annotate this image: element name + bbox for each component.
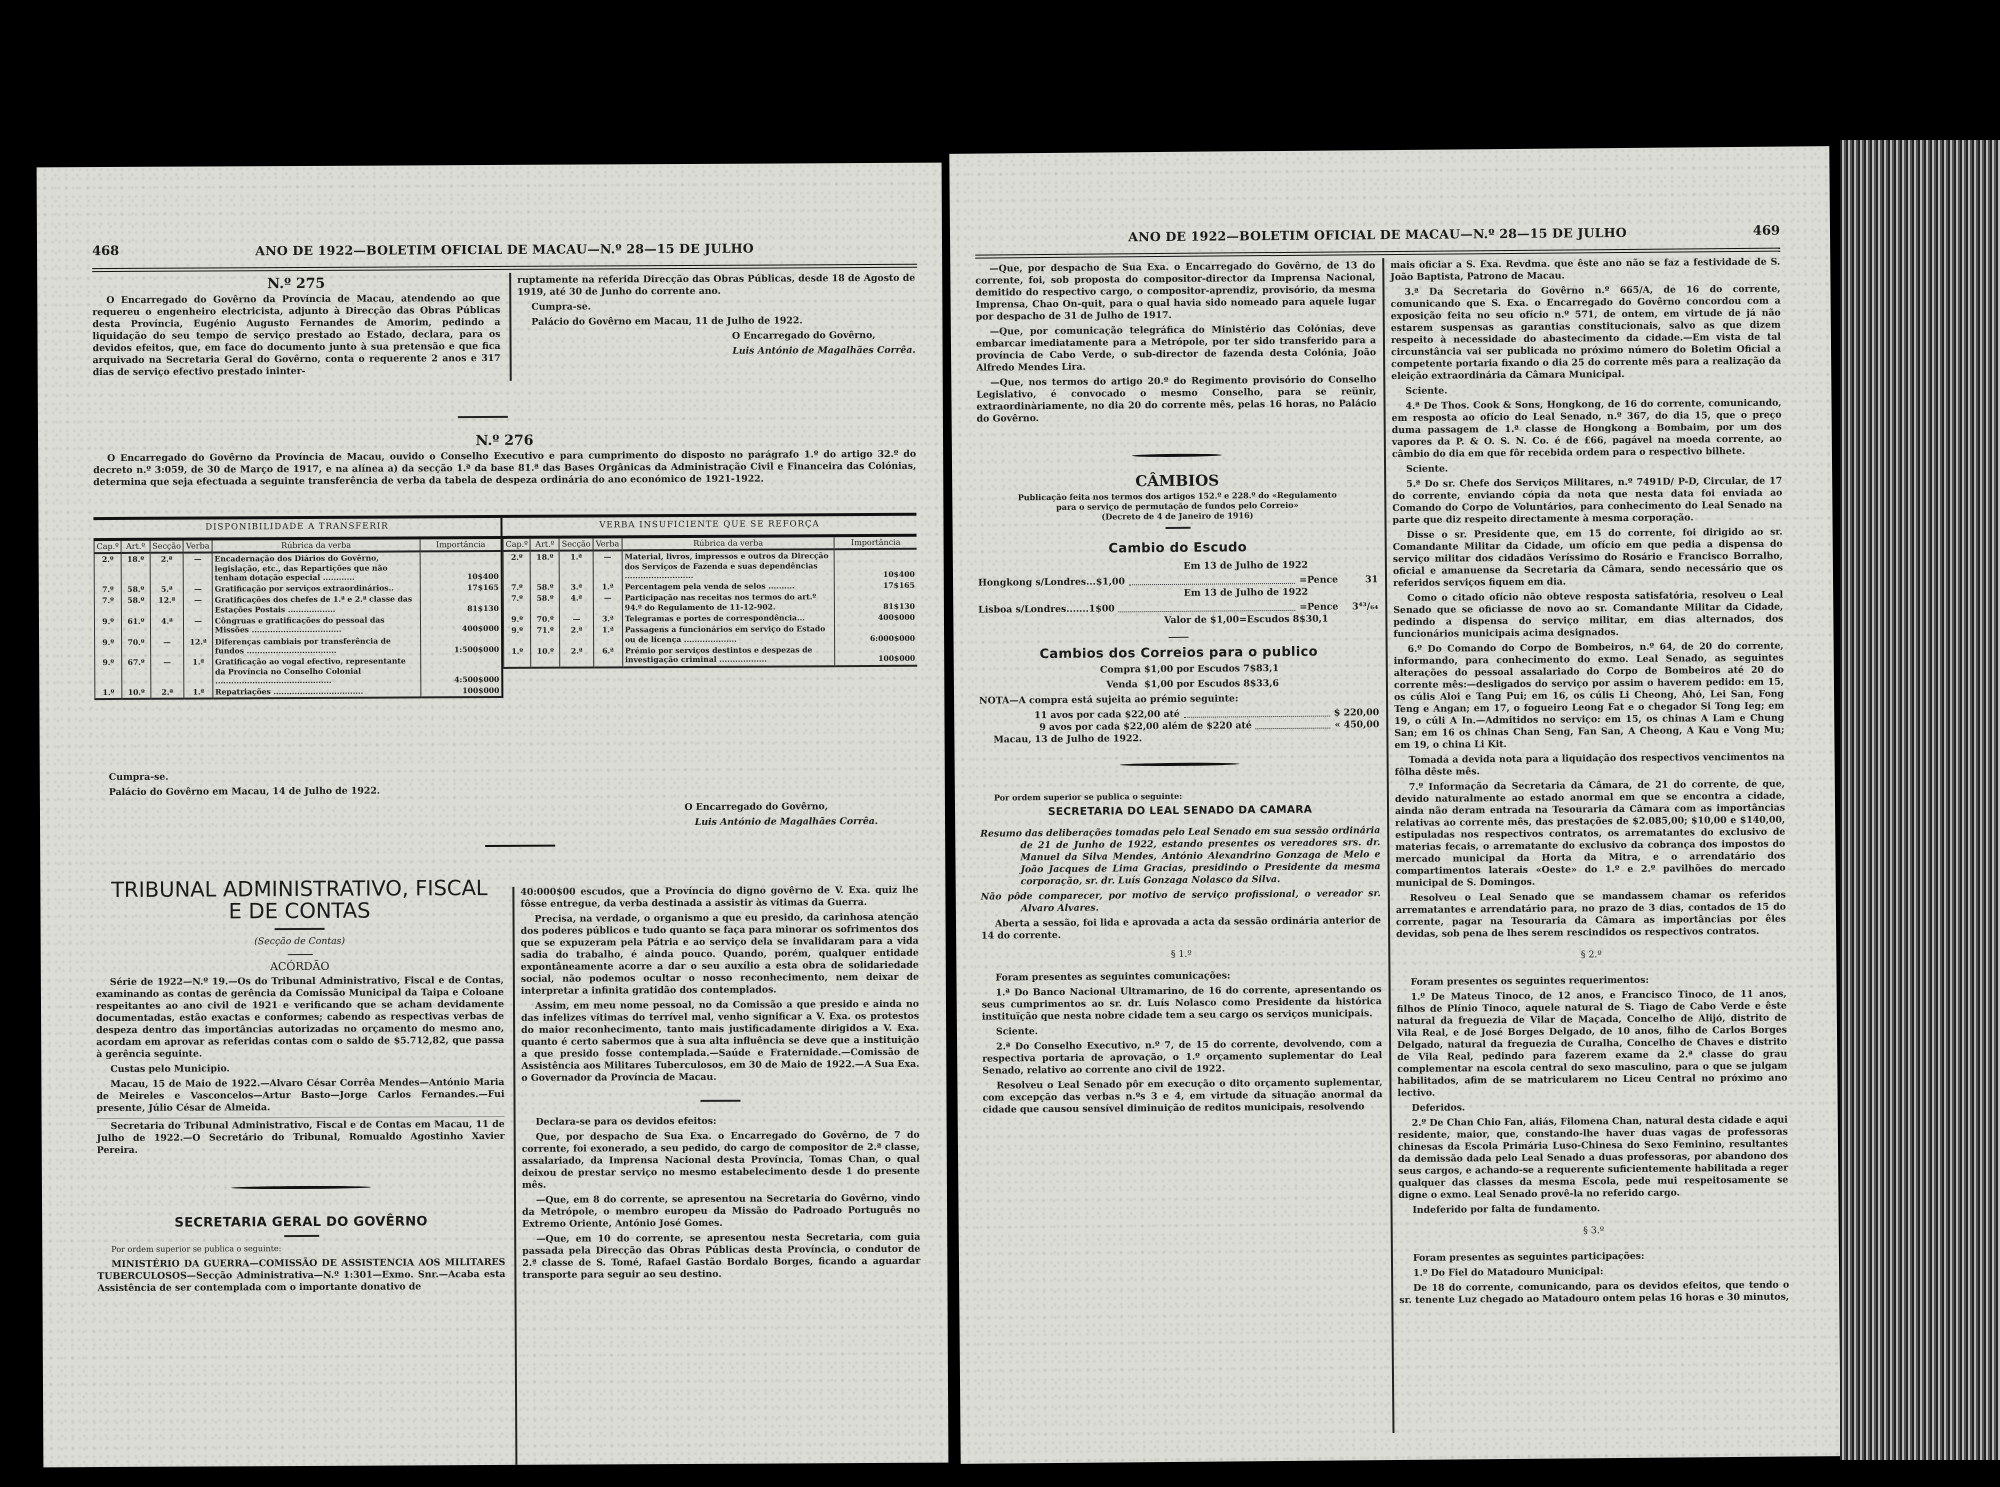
- decree-275-signer-title: O Encarregado do Govêrno,: [517, 330, 915, 344]
- table-cell: 100$000: [835, 644, 917, 666]
- table-row: 7.º58.º12.ª—Gratificações dos chefes de …: [94, 593, 501, 616]
- leal-resumo: Resumo das deliberações tomadas pelo Lea…: [980, 825, 1381, 888]
- table-cell: 70.º: [122, 636, 150, 657]
- table-cell: 1.º: [95, 687, 122, 699]
- table-row: 1.º10.º2.ª1.ªRepatriações ..............…: [95, 685, 502, 699]
- column-header: Rúbrica da verba: [622, 537, 835, 550]
- right-col2: mais oficiar a S. Exa. Revdma. que êste …: [1390, 257, 1789, 1310]
- table-cell: 18.º: [530, 551, 559, 582]
- table-verba-insuficiente: VERBA INSUFICIENTE QUE SE REFORÇA Cap.ºA…: [502, 516, 917, 699]
- s2-p2: 2.º De Chan Chio Fan, aliás, Filomena Ch…: [1398, 1115, 1789, 1202]
- decree-276-signer-name: Luis António de Magalhães Corrêa.: [95, 816, 918, 832]
- table-cell: 12.ª: [150, 595, 184, 616]
- table-cell: Côngruas e gratificações do pessoal das …: [212, 614, 420, 636]
- s1-intro: Foram presentes as seguintes comunicaçõe…: [981, 969, 1381, 984]
- column-divider: [509, 273, 512, 381]
- table-cell: 7.º: [503, 582, 530, 593]
- que-p2: —Que, por comunicação telegráfica do Min…: [976, 323, 1376, 374]
- table-disponibilidade: DISPONIBILIDADE A TRANSFERIR Cap.ºArt.ºS…: [93, 518, 503, 701]
- table-cell: 1.ª: [559, 551, 593, 582]
- leal-senado-title: SECRETARIA DO LEAL SENADO DA CAMARA: [980, 803, 1380, 818]
- table-cell: Gratificação ao vogal efectivo, represen…: [213, 656, 421, 687]
- table-cell: 5.ª: [150, 584, 184, 595]
- letter-p1: 40:000$00 escudos, que a Província do di…: [520, 885, 918, 911]
- table-cell: 2.ª: [150, 553, 184, 584]
- table-verba-grid: Cap.ºArt.ºSecçãoVerbaRúbrica da verbaImp…: [503, 537, 918, 669]
- dot-leader: [1129, 574, 1295, 584]
- col2-lower: 40:000$00 escudos, que a Província do di…: [520, 885, 920, 1285]
- table-row: 2.º18.º1.ª—Material, livros, impressos e…: [503, 549, 917, 582]
- declara-intro: Declara-se para os devidos efeitos:: [522, 1114, 920, 1128]
- table-cell: 6.ª: [594, 645, 623, 667]
- table-cell: 12.ª: [184, 636, 213, 657]
- transfer-table: DISPONIBILIDADE A TRANSFERIR Cap.ºArt.ºS…: [93, 513, 917, 701]
- header-title: ANO DE 1922—BOLETIM OFICIAL DE MACAU—N.º…: [92, 240, 917, 259]
- table-cell: —: [560, 614, 594, 625]
- s3-intro: Foram presentes as seguintes participaçõ…: [1399, 1250, 1789, 1265]
- s3-p2: De 18 do corrente, comunicando, para os …: [1399, 1280, 1789, 1307]
- table-cell: Material, livros, impressos e outros da …: [622, 550, 835, 582]
- correios-title: Cambios dos Correios para o publico: [979, 646, 1379, 661]
- page-header: 468 ANO DE 1922—BOLETIM OFICIAL DE MACAU…: [92, 238, 917, 272]
- table-caption: VERBA INSUFICIENTE QUE SE REFORÇA: [502, 516, 916, 539]
- table-cell: 2.ª: [560, 625, 594, 646]
- s1-p2: 2.ª Do Conselho Executivo, n.º 7, de 15 …: [982, 1038, 1382, 1077]
- separator: [287, 953, 312, 955]
- table-cell: 1.ª: [184, 657, 213, 687]
- separator: [284, 1235, 319, 1237]
- s1-sciente: Sciente.: [982, 1023, 1382, 1038]
- separator: [1169, 636, 1189, 638]
- leal-intro: Por ordem superior se publica o seguinte…: [980, 788, 1380, 803]
- ornamental-rule: [231, 1186, 371, 1190]
- declara-p2: —Que, em 8 do corrente, se apresentou na…: [522, 1192, 920, 1230]
- table-cell: 10$400: [420, 551, 501, 582]
- table-row: 9.º61.º4.ª—Côngruas e gratificações do p…: [94, 614, 501, 637]
- column-header: Importância: [420, 539, 500, 552]
- leal-aberta: Aberta a sessão, foi lida e aprovada a a…: [981, 915, 1381, 942]
- table-cell: Participação nas receitas nos termos do …: [622, 592, 835, 614]
- table-cell: —: [184, 616, 213, 637]
- fx-lisboa-unit: =Pence: [1299, 601, 1338, 613]
- table-cell: —: [184, 584, 213, 595]
- correios-venda: Venda $1,00 por Escudos 8$33,6: [979, 677, 1379, 692]
- table-cell: 7.º: [503, 593, 530, 614]
- table-cell: 58.º: [531, 582, 560, 593]
- col2-p3: 3.ª Da Secretaria do Govêrno n.º 665/A, …: [1390, 284, 1781, 383]
- col2-p6b: Tomada a devida nota para a liquidação d…: [1395, 752, 1785, 779]
- table-cell: 100$000: [421, 685, 501, 698]
- column-header: Secção: [150, 541, 184, 553]
- secretaria-intro: Por ordem superior se publica o seguinte…: [97, 1241, 505, 1255]
- table-row: 9.º70.º—12.ªDiferenças cambiais por tran…: [95, 635, 502, 658]
- table-cell: —: [150, 657, 184, 687]
- table-cell: Encadernação dos Diários do Govêrno, leg…: [212, 552, 420, 584]
- table-cell: 1.ª: [184, 687, 213, 699]
- table-cell: 10.º: [531, 646, 560, 668]
- table-cell: 2.º: [503, 551, 530, 582]
- cambios-title: CÂMBIOS: [977, 473, 1377, 488]
- s1-p3: Resolveu o Leal Senado pôr em execução o…: [982, 1077, 1382, 1116]
- secretaria-geral-title: SECRETARIA GERAL DO GOVÊRNO: [97, 1216, 505, 1230]
- table-cell: 17$165: [420, 582, 500, 594]
- table-cell: 1.ª: [593, 625, 622, 646]
- table-cell: 10.º: [122, 687, 150, 699]
- table-cell: 17$165: [835, 580, 917, 592]
- column-divider: [512, 887, 517, 1467]
- table-cell: 9.º: [504, 625, 531, 646]
- decree-276-title: N.º 276: [93, 433, 916, 449]
- separator: [1165, 527, 1190, 529]
- table-cell: 18.º: [121, 553, 149, 584]
- table-cell: —: [593, 551, 622, 582]
- que-p3: —Que, nos termos do artigo 20.º do Regim…: [976, 374, 1376, 425]
- decree-275-body-cont: ruptamente na referida Direcção das Obra…: [517, 273, 915, 299]
- header-title: ANO DE 1922—BOLETIM OFICIAL DE MACAU—N.º…: [975, 224, 1780, 246]
- table-cell: 58.º: [122, 595, 150, 616]
- right-page: ANO DE 1922—BOLETIM OFICIAL DE MACAU—N.º…: [949, 146, 1840, 1464]
- tribunal-section: TRIBUNAL ADMINISTRATIVO, FISCAL E DE CON…: [95, 877, 505, 1298]
- tribunal-title-1: TRIBUNAL ADMINISTRATIVO, FISCAL: [95, 877, 503, 901]
- table-cell: 400$000: [421, 614, 501, 635]
- cambios-place-date: Macau, 13 de Julho de 1922.: [979, 731, 1379, 746]
- table-cell: 400$000: [835, 612, 917, 624]
- decree-275-col2: ruptamente na referida Direcção das Obra…: [517, 273, 915, 362]
- s3-p1: 1.º Do Fiel do Matadouro Municipal:: [1399, 1265, 1789, 1280]
- table-cell: 4.ª: [560, 593, 594, 614]
- col2-p7: 7.º Informação da Secretaria da Câmara, …: [1395, 779, 1786, 890]
- table-cell: Passagens a funcionários em serviço do E…: [622, 624, 835, 646]
- s1-p1: 1.ª Do Banco Nacional Ultramarino, de 16…: [982, 984, 1382, 1023]
- col2-p5b: Disse o sr. Presidente que, em 15 do cor…: [1393, 527, 1784, 590]
- table-cell: 2.ª: [150, 687, 184, 699]
- acordao-heading: ACÓRDÃO: [96, 960, 504, 974]
- column-header: Verba: [183, 540, 212, 552]
- separator: [700, 1100, 740, 1102]
- table-cell: 6:000$000: [835, 623, 917, 644]
- table-row: 7.º58.º4.ª—Participação nas receitas nos…: [503, 591, 917, 614]
- table-row: 2.º18.º2.ª—Encadernação dos Diários do G…: [94, 551, 501, 584]
- fx-hongkong-unit: =Pence: [1299, 574, 1338, 586]
- separator: [485, 845, 555, 847]
- decree-276-body: O Encarregado do Govêrno da Província de…: [93, 449, 916, 489]
- ministerio-body: MINISTÉRIO DA GUERRA—COMISSÃO DE ASSISTE…: [97, 1256, 505, 1294]
- table-cell: 7.º: [94, 584, 121, 595]
- page-header: ANO DE 1922—BOLETIM OFICIAL DE MACAU—N.º…: [975, 222, 1780, 259]
- page-number: 469: [1753, 224, 1780, 239]
- table-row: 9.º67.º—1.ªGratificação ao vogal efectiv…: [95, 655, 502, 687]
- ornamental-rule: [1120, 762, 1240, 766]
- column-header: Verba: [593, 538, 622, 550]
- correios-compra: Compra $1,00 por Escudos 7$83,1: [979, 662, 1379, 677]
- table-cell: Diferenças cambiais por transferência de…: [212, 635, 420, 657]
- section-1-heading: § 1.º: [981, 947, 1381, 962]
- column-header: Secção: [559, 538, 593, 550]
- table-cell: Prémio por serviços destintos e despezas…: [622, 644, 835, 667]
- col2-p7b: Resolveu o Leal Senado que se mandassem …: [1396, 890, 1786, 941]
- table-cell: 4:500$000: [421, 655, 502, 685]
- premio-2-value: « 450,00: [1335, 719, 1380, 731]
- leal-nao-pode: Não pôde comparecer, por motivo de servi…: [981, 888, 1381, 915]
- decree-276-signer-title: O Encarregado do Govêrno,: [95, 801, 918, 817]
- table-row: 9.º71.º2.ª1.ªPassagens a funcionários em…: [504, 623, 918, 646]
- tribunal-subtitle: (Secção de Contas): [96, 934, 504, 948]
- dot-leader: [1119, 601, 1296, 612]
- table-cell: —: [184, 595, 213, 616]
- fx-hongkong-value: 31: [1338, 574, 1378, 586]
- table-cell: 3.ª: [559, 582, 593, 593]
- dot-leader: [1256, 720, 1331, 730]
- table-cell: 9.º: [94, 616, 121, 637]
- table-row: 1.º10.º2.ª6.ªPrémio por serviços destint…: [504, 644, 918, 668]
- s2-p1: 1.º De Mateus Tinoco, de 12 anos, e Fran…: [1397, 989, 1788, 1100]
- col2-p4: 4.ª De Thos. Cook & Sons, Hongkong, de 1…: [1391, 398, 1782, 461]
- decree-276-closing: Cumpra-se. Palácio do Govêrno em Macau, …: [95, 768, 918, 835]
- letter-p2: Precisa, na verdade, o organismo a que e…: [521, 912, 919, 998]
- right-col1: —Que, por despacho de Sua Exa. o Encarre…: [975, 260, 1382, 1119]
- separator: [275, 928, 325, 930]
- table-disponibilidade-grid: Cap.ºArt.ºSecçãoVerbaRúbrica da verbaImp…: [94, 539, 502, 701]
- table-cell: 4.ª: [150, 616, 184, 637]
- table-caption: DISPONIBILIDADE A TRANSFERIR: [93, 518, 500, 541]
- que-p1: —Que, por despacho de Sua Exa. o Encarre…: [975, 260, 1376, 323]
- table-cell: 7.º: [94, 595, 121, 616]
- table-cell: 71.º: [531, 625, 560, 646]
- table-cell: —: [593, 593, 622, 614]
- table-cell: 1:500$000: [421, 635, 501, 656]
- table-cell: Repatriações ...........................…: [213, 686, 421, 699]
- table-cell: 58.º: [531, 593, 560, 614]
- table-cell: 10$400: [834, 549, 916, 580]
- section-2-heading: § 2.º: [1396, 948, 1786, 963]
- table-cell: 67.º: [122, 657, 150, 687]
- s2-indeferido: Indeferido por falta de fundamento.: [1398, 1202, 1788, 1217]
- column-header: Cap.º: [94, 541, 121, 553]
- acordao-body: Série de 1922—N.º 19.—Os do Tribunal Adm…: [96, 975, 504, 1061]
- column-header: Art.º: [530, 539, 559, 551]
- decree-275-place-date: Palácio do Govêrno em Macau, 11 de Julho…: [517, 315, 915, 329]
- table-cell: 81$130: [420, 593, 500, 614]
- ornamental-rule: [1132, 453, 1222, 457]
- dot-leader: [1184, 708, 1330, 718]
- decree-276: N.º 276 O Encarregado do Govêrno da Prov…: [93, 431, 916, 492]
- premio-1-value: $ 220,00: [1334, 707, 1379, 719]
- table-cell: Gratificações dos chefes de 1.ª e 2.ª cl…: [212, 594, 420, 616]
- table-cell: 61.º: [122, 616, 150, 637]
- cambio-escudo-title: Cambio do Escudo: [978, 541, 1378, 556]
- table-cell: 70.º: [531, 614, 560, 625]
- decree-275-cumpra: Cumpra-se.: [517, 300, 915, 314]
- fx-hongkong-label: Hongkong s/Londres...$1,00: [978, 576, 1125, 589]
- decree-275-col1: N.º 275 O Encarregado do Govêrno da Prov…: [92, 275, 501, 382]
- decree-276-cumpra: Cumpra-se.: [95, 768, 918, 784]
- book-page-edges: [1840, 140, 2000, 1460]
- col2-p6: 6.º Do Comando do Corpo de Bombeiros, n.…: [1394, 641, 1785, 752]
- acordao-signatures: Macau, 15 de Maio de 1922.—Alvaro César …: [96, 1077, 504, 1115]
- column-header: Rúbrica da verba: [212, 539, 420, 552]
- col2-sciente-1: Sciente.: [1391, 383, 1781, 398]
- col2-sciente-2: Sciente.: [1392, 461, 1782, 476]
- decree-276-place-date: Palácio do Govêrno em Macau, 14 de Julho…: [95, 783, 918, 799]
- cambios-subtitle-3: (Decreto de 4 de Janeiro de 1916): [977, 509, 1377, 522]
- table-cell: 58.º: [122, 584, 150, 595]
- table-cell: 3.ª: [593, 613, 622, 624]
- premio-2-label: 9 avos por cada $22,00 além de $220 até: [1039, 720, 1252, 734]
- letter-p3: Assim, em meu nome pessoal, no da Comiss…: [521, 999, 919, 1085]
- decree-275-body: O Encarregado do Govêrno da Província de…: [92, 293, 500, 379]
- col2-p0: mais oficiar a S. Exa. Revdma. que êste …: [1390, 257, 1780, 284]
- column-header: Art.º: [121, 541, 149, 553]
- declara-p1: Que, por despacho de Sua Exa. o Encarreg…: [522, 1129, 920, 1191]
- s2-deferidos: Deferidos.: [1398, 1100, 1788, 1115]
- decree-275-signer-name: Luis António de Magalhães Corrêa.: [518, 345, 916, 359]
- table-cell: —: [150, 636, 184, 657]
- table-cell: 81$130: [835, 591, 917, 612]
- cambio-date-1: Em 13 de Julho de 1922: [978, 559, 1378, 574]
- table-cell: 1.º: [504, 646, 531, 668]
- col2-p5c: Como o citado ofício não obteve resposta…: [1393, 590, 1783, 641]
- correios-nota: NOTA—A compra está sujeita ao prémio seg…: [979, 692, 1379, 707]
- declara-p3: —Que, em 10 do corrente, se apresentou n…: [522, 1231, 920, 1281]
- table-cell: 9.º: [95, 657, 122, 687]
- table-cell: 9.º: [503, 614, 530, 625]
- table-cell: 2.ª: [560, 645, 594, 667]
- s2-intro: Foram presentes os seguintes requeriment…: [1397, 974, 1787, 989]
- acordao-secretaria: Secretaria do Tribunal Administrativo, F…: [97, 1116, 505, 1157]
- table-cell: 2.º: [94, 553, 121, 584]
- separator: [458, 416, 508, 418]
- section-3-heading: § 3.º: [1399, 1224, 1789, 1239]
- table-cell: 9.º: [95, 637, 122, 658]
- acordao-custas: Custas pelo Municipio.: [96, 1062, 504, 1076]
- column-header: Importância: [834, 537, 916, 550]
- decree-275-title: N.º 275: [92, 277, 500, 291]
- left-page: 468 ANO DE 1922—BOLETIM OFICIAL DE MACAU…: [37, 163, 949, 1468]
- column-header: Cap.º: [503, 539, 530, 551]
- fx-lisboa-label: Lisboa s/Londres.......1$00: [978, 603, 1115, 616]
- col2-p5: 5.ª Do sr. Chefe dos Serviços Militares,…: [1392, 476, 1782, 527]
- table-cell: 1.ª: [593, 582, 622, 593]
- tribunal-title-2: E DE CONTAS: [95, 899, 503, 923]
- fx-lisboa-value: 3⁴³/₆₄: [1338, 601, 1378, 613]
- table-cell: —: [184, 553, 213, 584]
